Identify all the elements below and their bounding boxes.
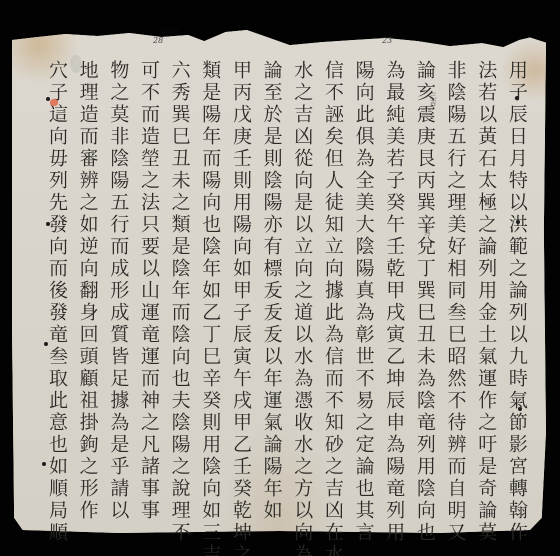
text-column-6: 陽向此俱為全美大陰陽真為彰世不易之定論也其言 (347, 60, 373, 500)
text-column-10: 甲丙戊庚壬則用陽向如甲子辰寅午戌甲乙壬癸乾坤之 (224, 60, 250, 500)
interlinear-note: 三吉 (428, 92, 438, 106)
text-column-12: 六秀巽巳丑未之類是陰年而陰向也夫陰陽之說理不 (163, 60, 189, 500)
page-number-left: 28 (153, 36, 163, 45)
text-column-14: 物之莫非陰陽五行而成形成質皆足據為是乎請以 (101, 60, 127, 500)
text-column-9: 論至於是則陰陽亦有標叐叐叐以年運氣論陽年如 (255, 60, 281, 500)
punctuation-dot (516, 220, 520, 224)
text-column-3: 非陰陽五行之理美好相同叁巳昭然不待辨而自明又 (439, 60, 465, 500)
text-column-4: 論亥震庚艮丙巽辛兌丁巽巳丑未為陰竜列用陰向也 (408, 60, 434, 500)
text-column-15: 地理造而審辨之如逆向翻身回頭顧祖掛鉤之形作 (71, 60, 97, 500)
text-column-13: 可不而造塋之法只要以山運竜運而神之凡諸事事 (132, 60, 158, 500)
punctuation-dot (46, 222, 50, 226)
punctuation-dot (42, 462, 46, 466)
text-column-5: 為最純美若子癸午壬乾甲戌寅乙坤辰申為陽竜列用 (377, 60, 403, 500)
punctuation-dot (515, 96, 519, 100)
text-column-8: 水之吉凶從向是以立向之道以水為憑收水之方以向為秋 (285, 60, 311, 500)
text-column-7: 信不誣矣但人徒知立向據此為信而不知砂之吉凶在水 (316, 60, 342, 500)
interlinear-note: 六秀 (422, 222, 432, 236)
text-column-16: 穴子這向毋列先發向而後發竜叁取此意也如順局順 (40, 60, 66, 500)
text-column-11: 類是陽年而陽向也陰年如乙丁巳辛癸則用陰向如三吉 (193, 60, 219, 500)
red-ink-mark (50, 99, 58, 106)
text-column-1: 用子辰日月特以洪範之論列以九時氣節影宮轉翰作 (500, 60, 526, 500)
paper-tear (160, 28, 178, 36)
punctuation-dot (518, 407, 522, 411)
page-number-right: 23 (382, 36, 392, 45)
punctuation-dot (44, 342, 48, 346)
manuscript-text: 用子辰日月特以洪範之論列以九時氣節影宮轉翰作 法若以黃石太極之論列用金土氣運作之… (40, 60, 526, 500)
text-column-2: 法若以黃石太極之論列用金土氣運作之吁是奇論莫 (469, 60, 495, 500)
